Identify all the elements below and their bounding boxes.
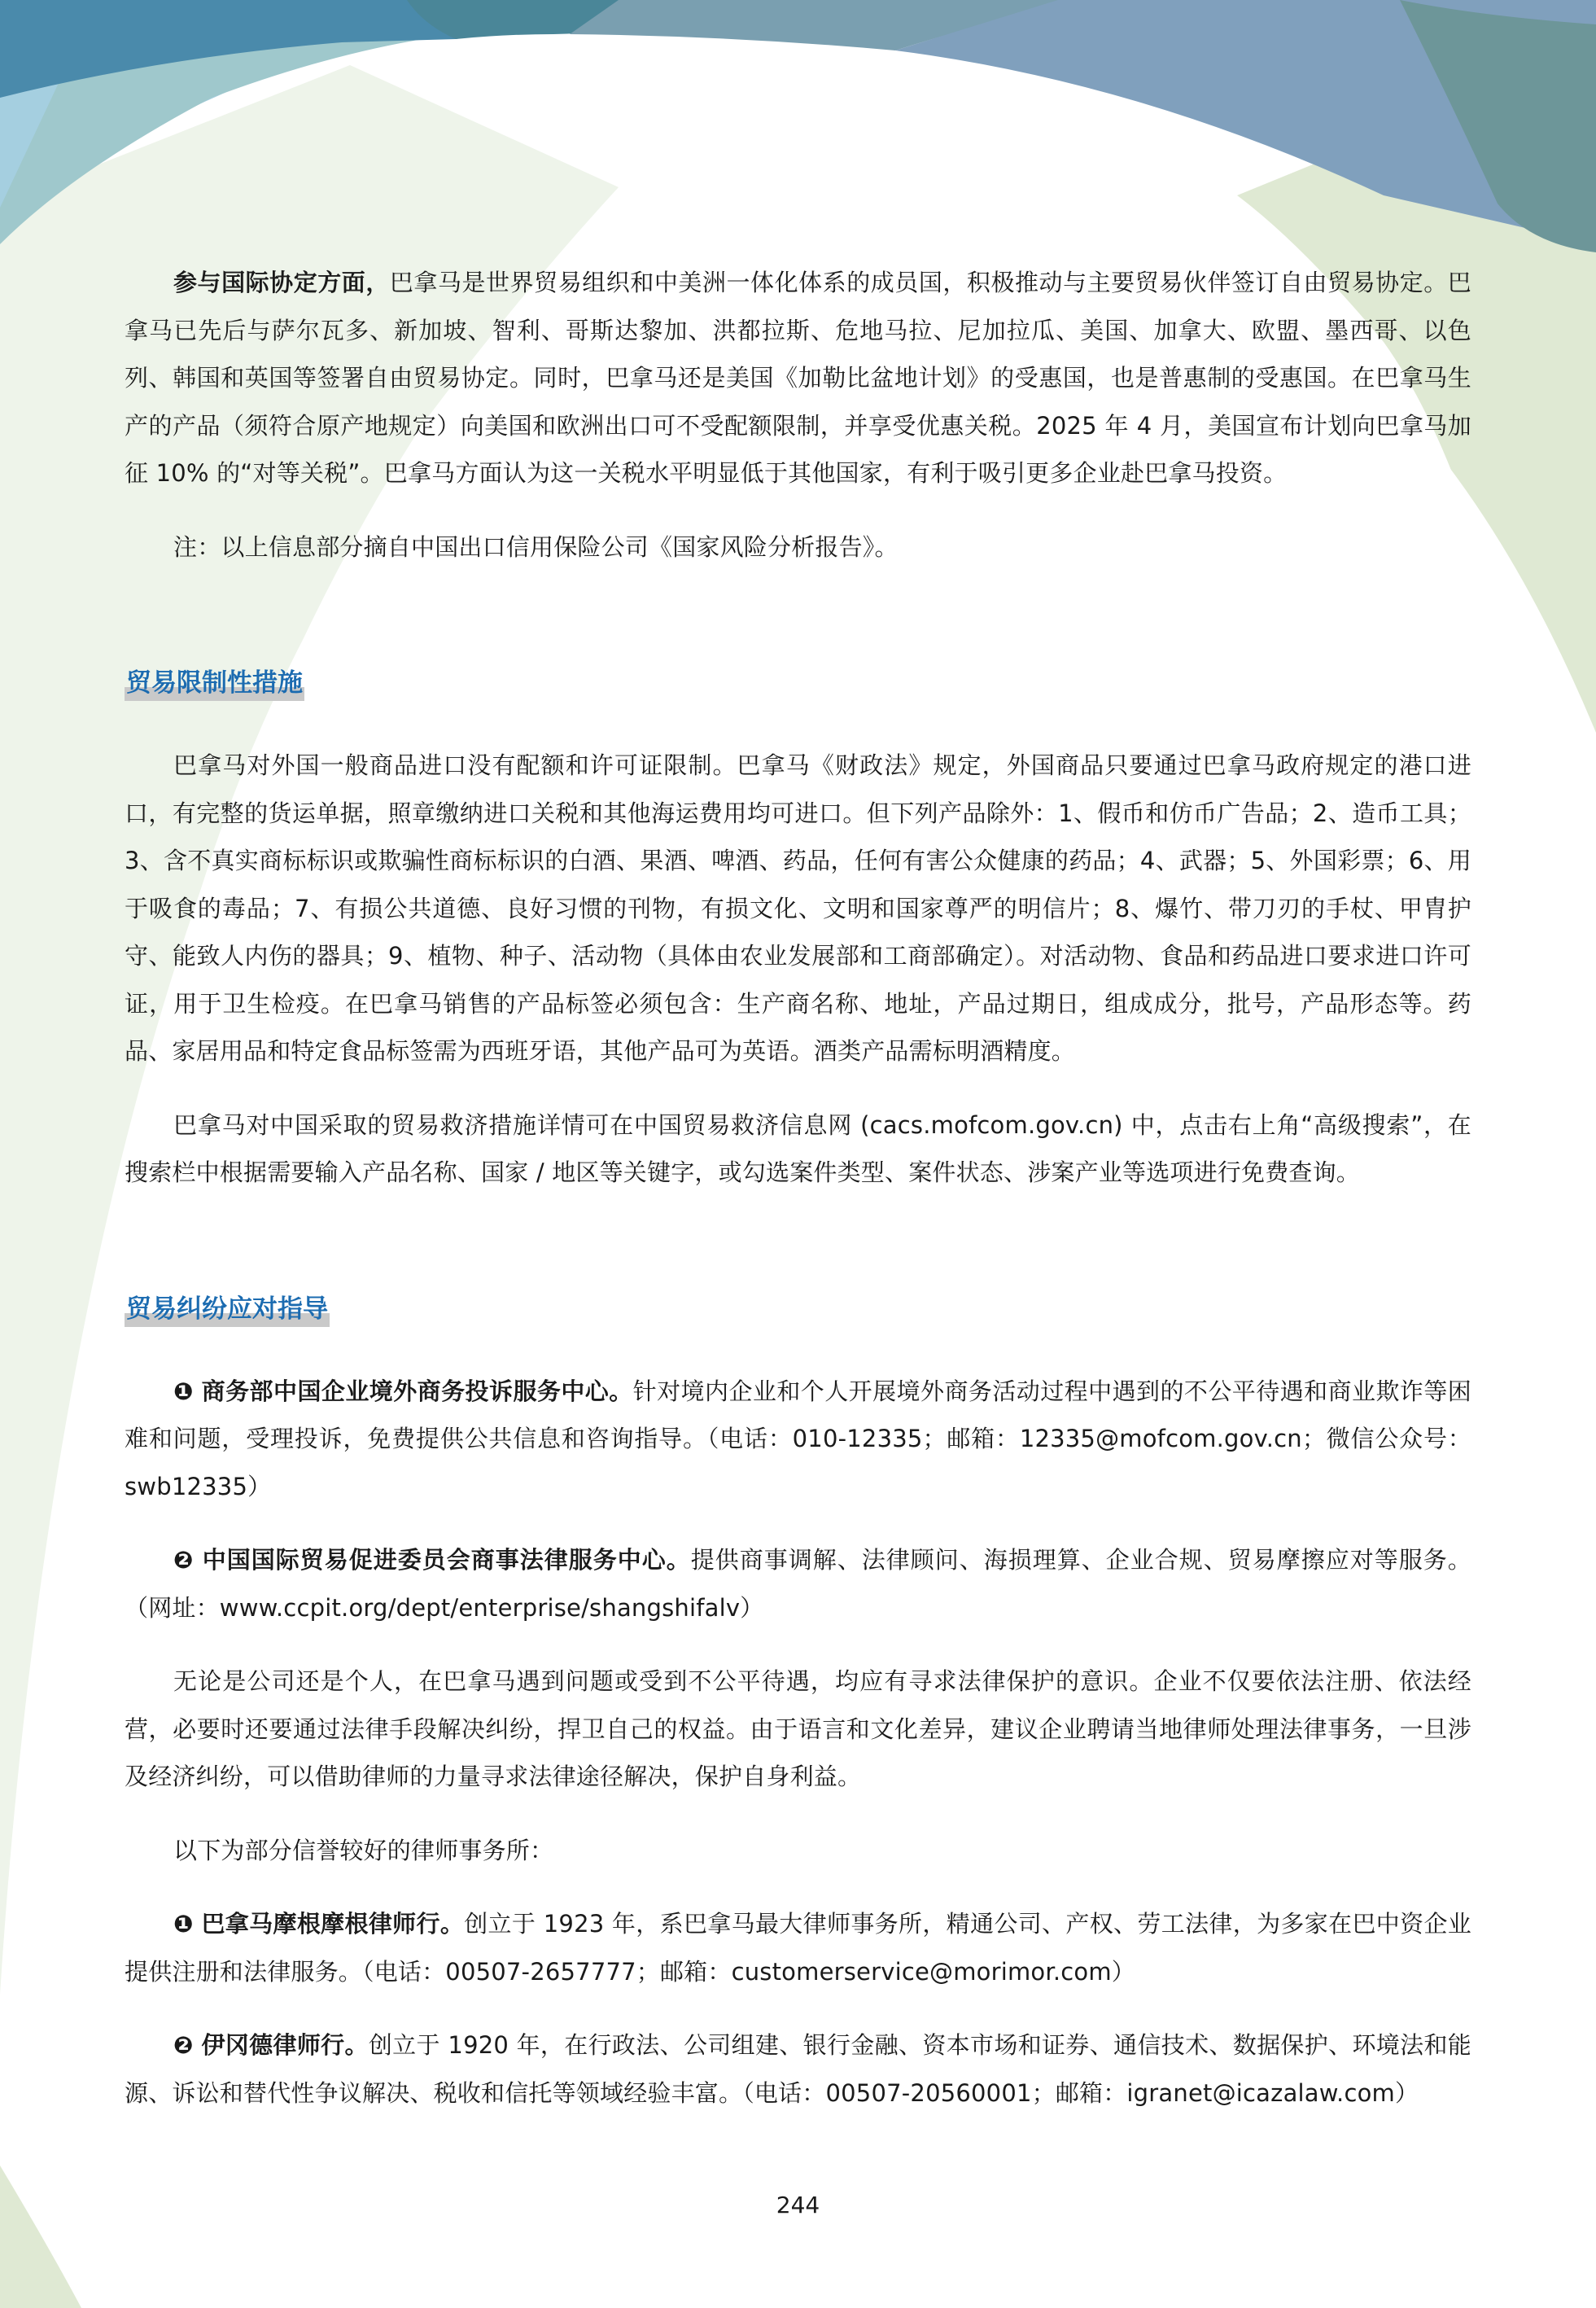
- page-number: 244: [0, 2192, 1596, 2218]
- number-1-badge-icon: ❶: [173, 1377, 194, 1405]
- dispute-item-1-title: 商务部中国企业境外商务投诉服务中心。: [202, 1377, 633, 1405]
- dispute-heading-wrap: 贸易纠纷应对指导: [125, 1293, 1471, 1335]
- law-firm-2-name: 伊冈德律师行。: [201, 2031, 368, 2059]
- restrict-paragraph-1: 巴拿马对外国一般商品进口没有配额和许可证限制。巴拿马《财政法》规定，外国商品只要…: [125, 742, 1471, 1075]
- dispute-item-1: ❶ 商务部中国企业境外商务投诉服务中心。针对境内企业和个人开展境外商务活动过程中…: [125, 1368, 1471, 1511]
- number-2-badge-icon: ❷: [173, 2031, 194, 2059]
- law-firm-1: ❶ 巴拿马摩根摩根律师行。创立于 1923 年，系巴拿马最大律师事务所，精通公司…: [125, 1900, 1471, 1995]
- dispute-item-2-title: 中国国际贸易促进委员会商事法律服务中心。: [203, 1546, 691, 1574]
- dispute-item-2: ❷ 中国国际贸易促进委员会商事法律服务中心。提供商事调解、法律顾问、海损理算、企…: [125, 1536, 1471, 1631]
- intl-agreements-lead: 参与国际协定方面，: [173, 269, 390, 296]
- restrict-paragraph-2: 巴拿马对中国采取的贸易救济措施详情可在中国贸易救济信息网 (cacs.mofco…: [125, 1101, 1471, 1197]
- section-heading-trade-restrictions: 贸易限制性措施: [125, 667, 304, 699]
- law-firm-1-name: 巴拿马摩根摩根律师行。: [201, 1910, 464, 1938]
- number-2-badge-icon: ❷: [173, 1546, 195, 1574]
- source-note: 注：以上信息部分摘自中国出口信用保险公司《国家风险分析报告》。: [125, 523, 1471, 572]
- number-1-badge-icon: ❶: [173, 1910, 194, 1938]
- legal-advice-paragraph: 无论是公司还是个人，在巴拿马遇到问题或受到不公平待遇，均应有寻求法律保护的意识。…: [125, 1658, 1471, 1801]
- law-firm-2: ❷ 伊冈德律师行。创立于 1920 年，在行政法、公司组建、银行金融、资本市场和…: [125, 2021, 1471, 2117]
- intl-agreements-paragraph: 参与国际协定方面，巴拿马是世界贸易组织和中美洲一体化体系的成员国，积极推动与主要…: [125, 259, 1471, 497]
- law-firms-intro: 以下为部分信誉较好的律师事务所：: [125, 1827, 1471, 1875]
- page-content: 参与国际协定方面，巴拿马是世界贸易组织和中美洲一体化体系的成员国，积极推动与主要…: [125, 259, 1471, 2117]
- section-heading-trade-disputes: 贸易纠纷应对指导: [125, 1293, 330, 1325]
- intl-agreements-text: 巴拿马是世界贸易组织和中美洲一体化体系的成员国，积极推动与主要贸易伙伴签订自由贸…: [125, 269, 1471, 487]
- document-page: 参与国际协定方面，巴拿马是世界贸易组织和中美洲一体化体系的成员国，积极推动与主要…: [0, 0, 1596, 2308]
- restrict-heading-wrap: 贸易限制性措施: [125, 667, 1471, 709]
